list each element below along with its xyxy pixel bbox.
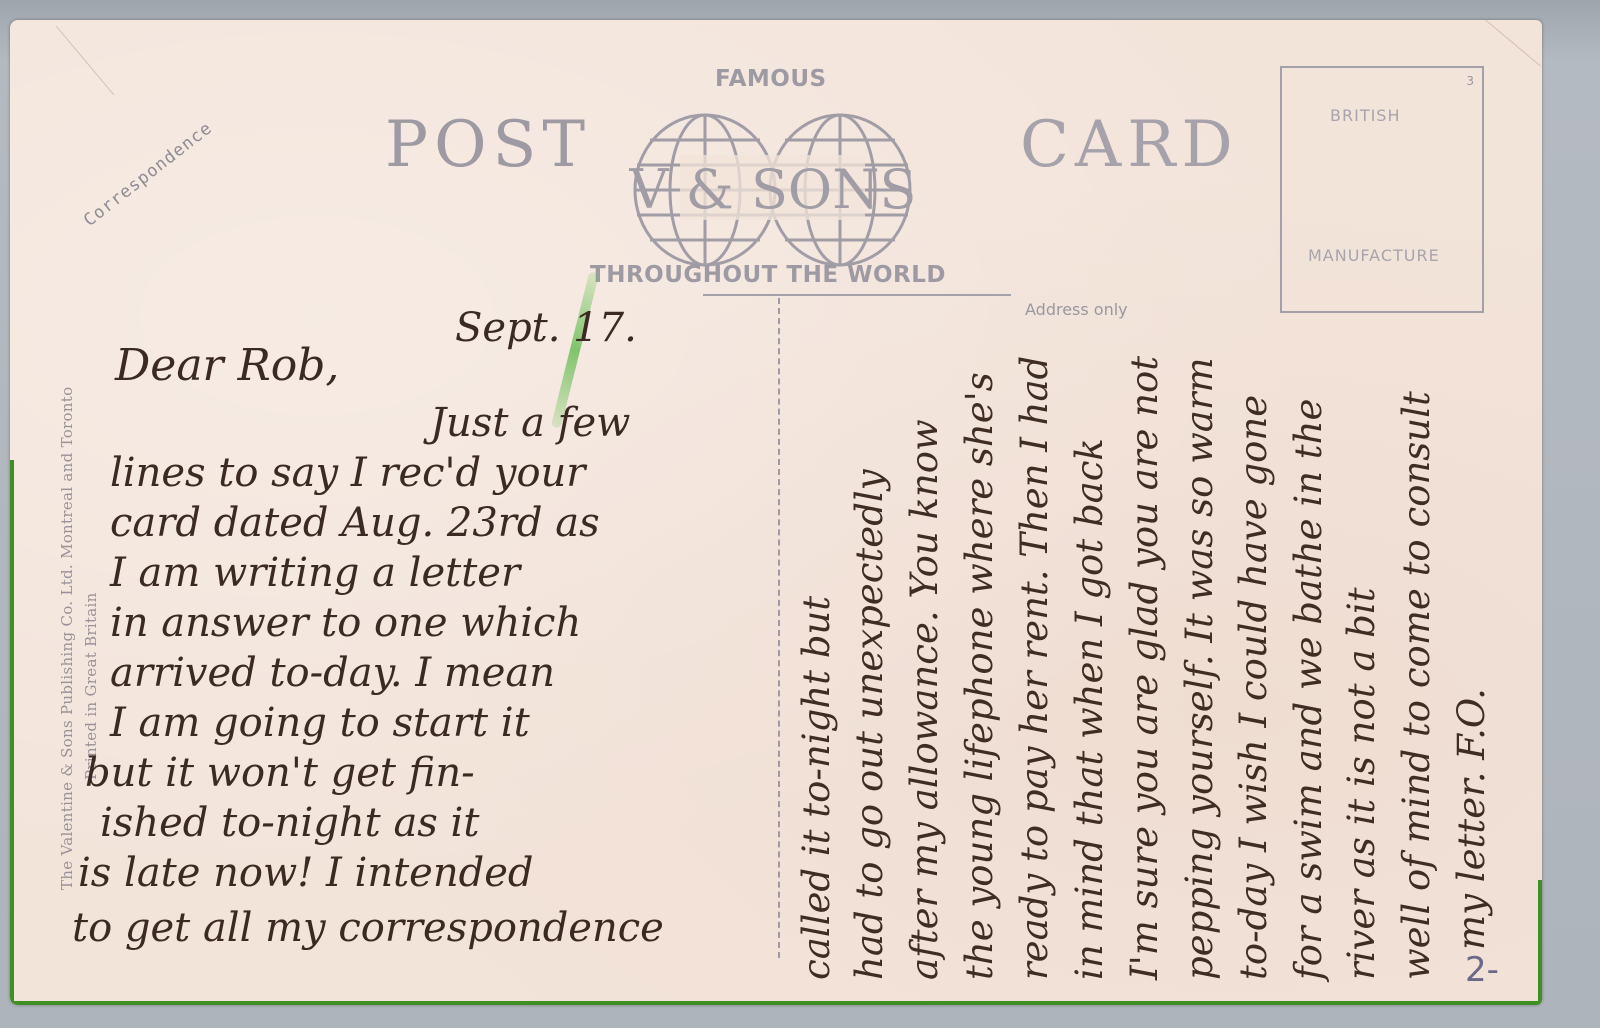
svg-text:V & SONS: V & SONS [629,158,917,221]
handwritten-vertical-line: ready to pay her rent. Then I had [1013,356,1056,980]
handwritten-line: I am going to start it [110,700,530,746]
green-edge [10,1001,1542,1005]
center-divider-line [778,298,780,958]
globe-logo-icon: V & SONS [625,110,925,270]
handwritten-vertical-line: river as it is not a bit [1340,587,1383,980]
stamp-text-british: BRITISH [1330,106,1401,125]
stamp-number: 3 [1466,74,1474,88]
handwritten-line: I am writing a letter [110,550,520,596]
correspondence-label: Correspondence [80,118,216,231]
handwritten-line: arrived to-day. I mean [110,650,555,696]
handwritten-vertical-line: well of mind to come to consult [1395,391,1438,980]
green-edge [1538,880,1542,1005]
handwritten-vertical-line: the young lifephone where she's [958,372,1001,980]
handwritten-line: but it won't get fin- [85,750,475,796]
handwritten-vertical-line: pepping yourself. It was so warm [1178,357,1221,980]
handwritten-vertical-line: in mind that when I got back [1068,438,1111,980]
handwritten-vertical-line: to-day I wish I could have gone [1232,395,1275,980]
handwritten-line: card dated Aug. 23rd as [110,500,600,546]
handwritten-vertical-line: for a swim and we bathe in the [1287,399,1330,980]
publisher-line: The Valentine & Sons Publishing Co. Ltd.… [58,387,76,890]
handwritten-line: to get all my correspondence [72,905,664,951]
handwritten-line: Just a few [430,400,630,446]
handwritten-vertical-line: called it to-night but [795,596,838,980]
address-label: Address only [1025,300,1128,319]
handwritten-greeting: Dear Rob, [115,340,339,391]
handwritten-vertical-line: my letter. F.O. [1450,688,1493,950]
handwritten-date: Sept. 17. [455,305,637,351]
address-divider-line [703,294,1011,296]
header-post: POST [385,108,591,182]
header-throughout: THROUGHOUT THE WORLD [590,262,946,288]
handwritten-line: lines to say I rec'd your [110,450,585,496]
pencil-mark: 2- [1465,950,1499,990]
header-famous: FAMOUS [715,66,827,92]
paper-crease [56,26,115,96]
stamp-box: 3 BRITISH MANUFACTURE [1280,66,1484,313]
stamp-text-manufacture: MANUFACTURE [1308,246,1440,265]
paper-crease [1479,20,1541,67]
handwritten-line: ished to-night as it [100,800,479,846]
handwritten-vertical-line: I'm sure you are glad you are not [1123,356,1166,980]
handwritten-vertical-line: had to go out unexpectedly [848,469,891,980]
handwritten-line: in answer to one which [110,600,581,646]
handwritten-line: is late now! I intended [78,850,533,896]
handwritten-vertical-line: after my allowance. You know [903,419,946,980]
header-card: CARD [1020,108,1239,182]
postcard-back: The Valentine & Sons Publishing Co. Ltd.… [10,20,1542,1005]
green-edge [10,460,14,1005]
